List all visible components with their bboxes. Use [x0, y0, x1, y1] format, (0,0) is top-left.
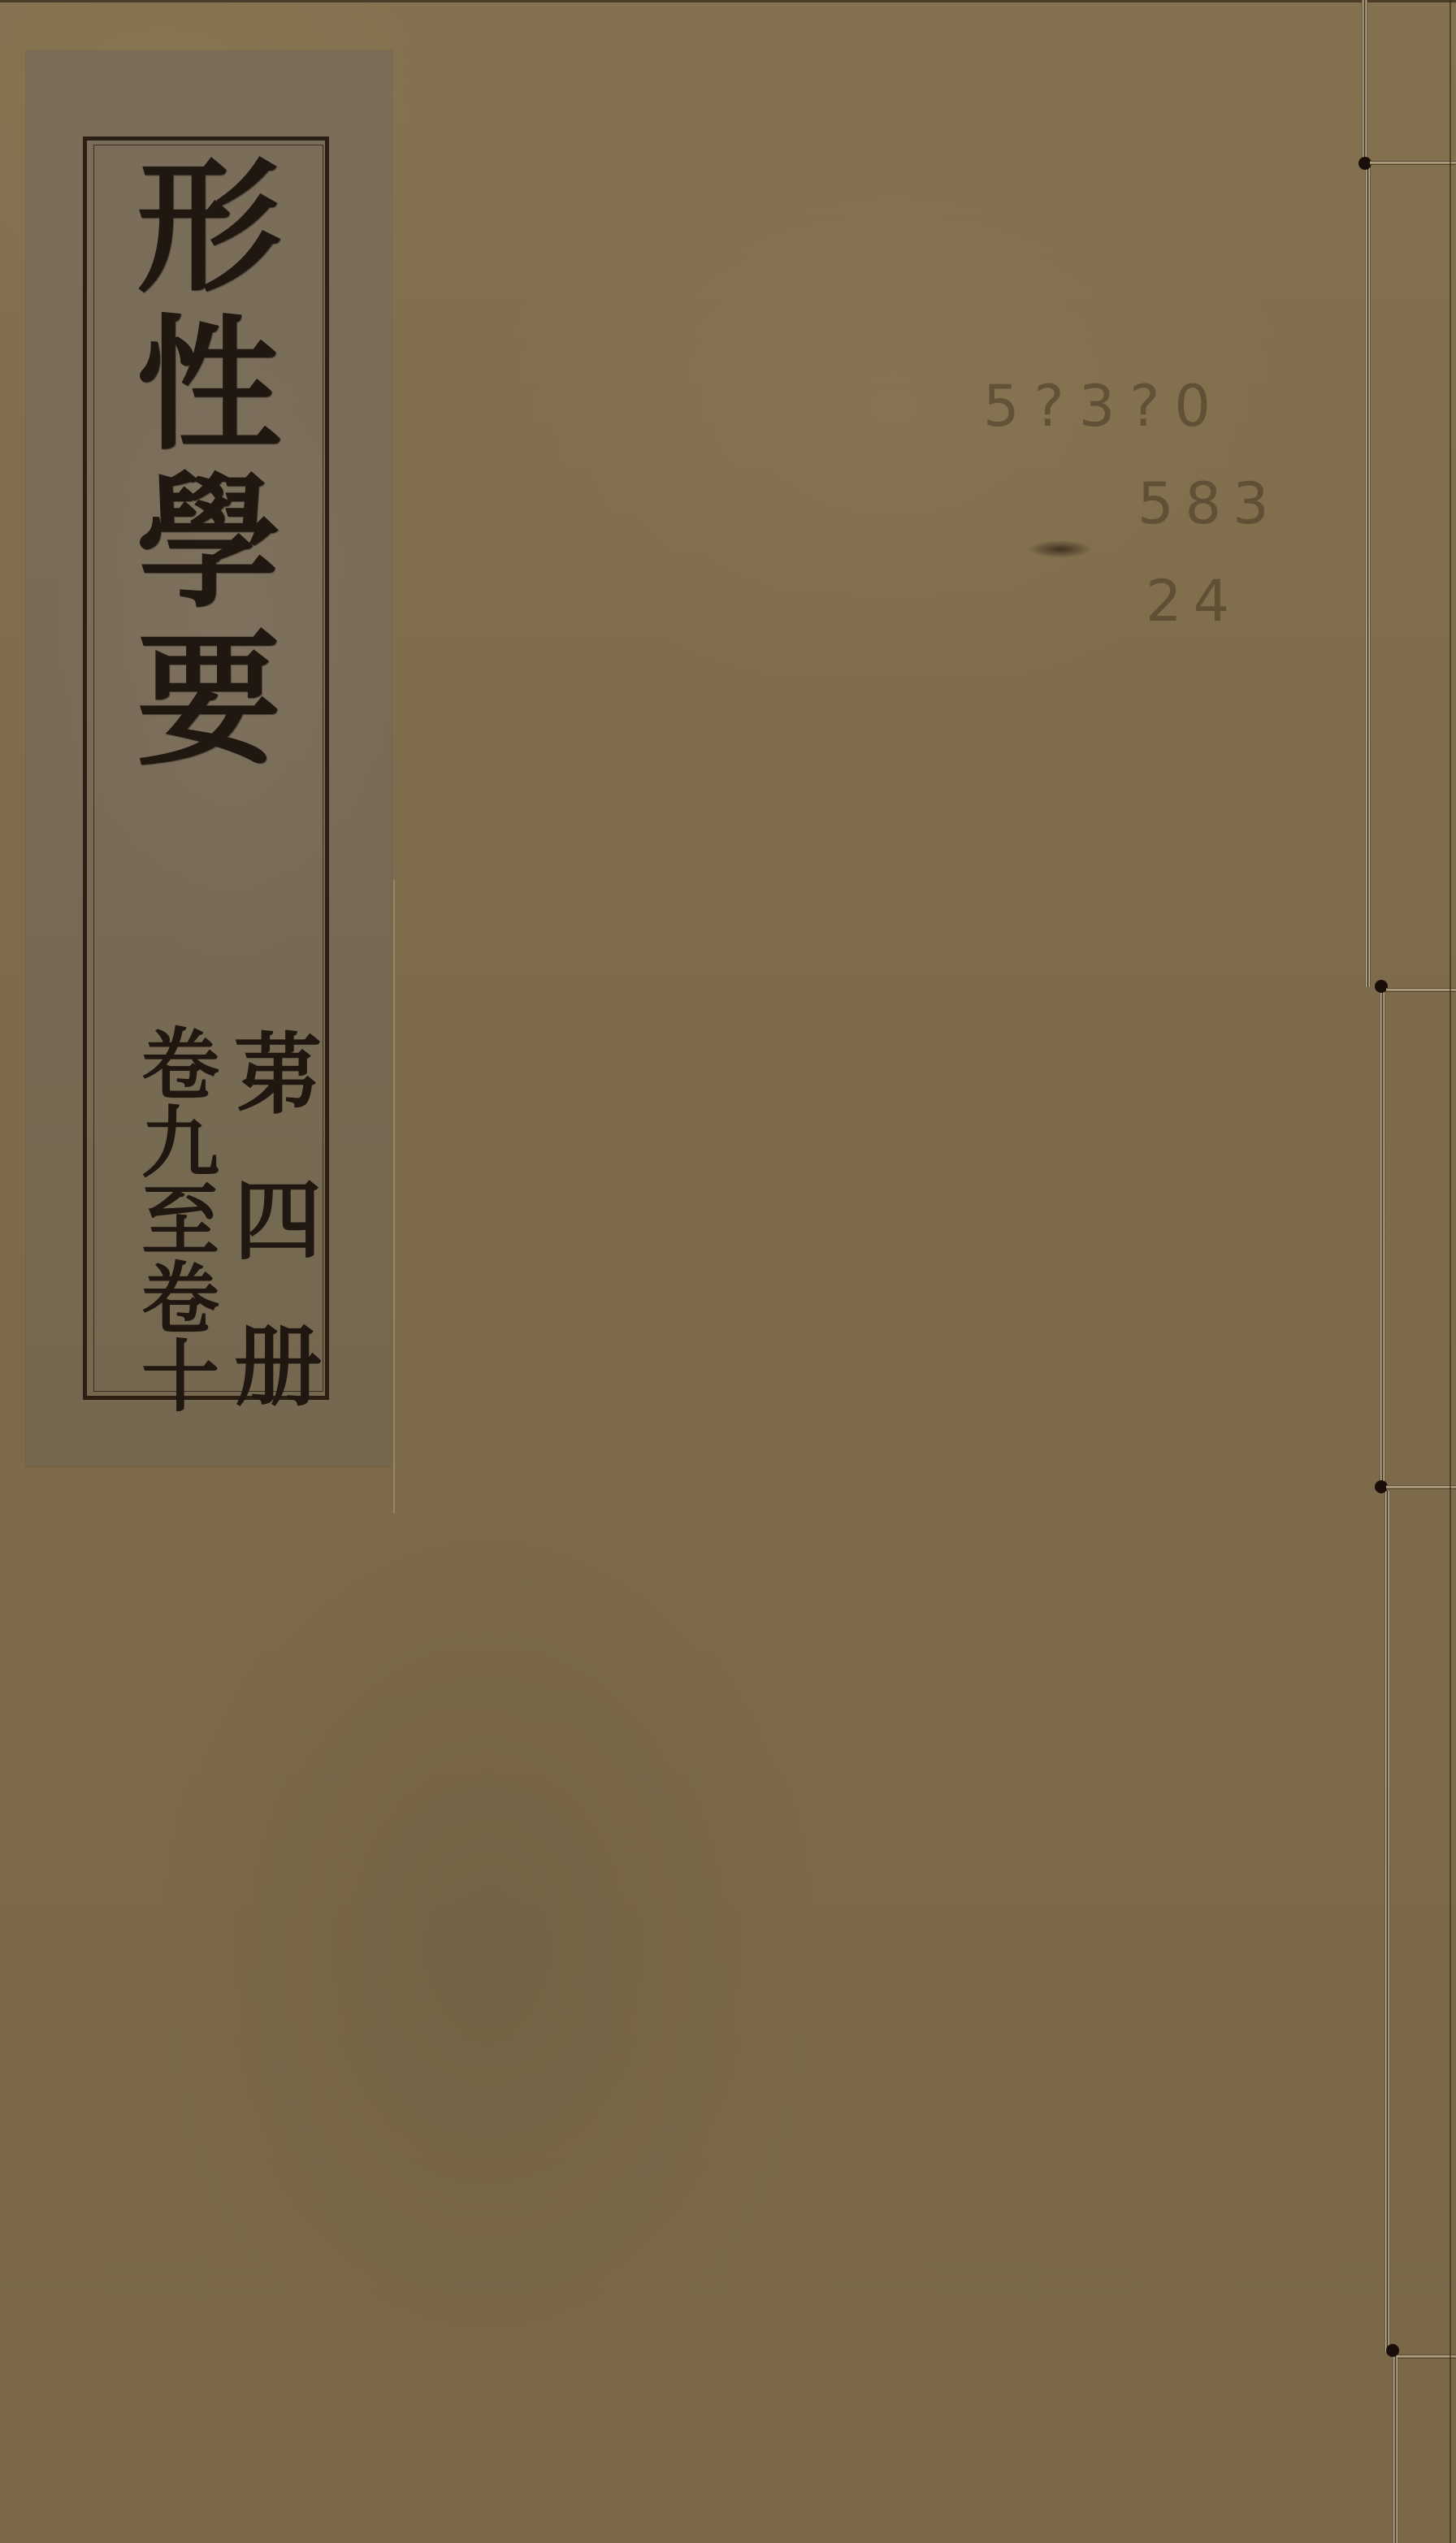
binding-thread — [1362, 0, 1367, 167]
title-char: 要 — [119, 622, 298, 779]
binding-thread — [1384, 1491, 1390, 2352]
cross-thread — [1386, 1485, 1456, 1489]
pencil-line: 583 — [983, 455, 1292, 552]
binding-thread — [1380, 987, 1385, 1491]
chapter-char: 十 — [141, 1338, 219, 1416]
volume-char: 册 — [234, 1294, 322, 1440]
pencil-line: 5?3?0 — [983, 357, 1292, 455]
volume-char: 四 — [234, 1148, 322, 1294]
title-slip-label: 形 性 學 要 苐 四 册 卷 九 至 卷 十 — [26, 51, 392, 1466]
pencil-line: 24 — [983, 552, 1292, 650]
volume-char: 苐 — [234, 1002, 322, 1148]
title-char: 學 — [119, 464, 298, 622]
chapter-char: 至 — [141, 1182, 219, 1260]
volume-number: 苐 四 册 — [229, 1002, 327, 1440]
chapter-char: 卷 — [141, 1260, 219, 1338]
binding-thread — [1393, 2352, 1398, 2543]
label-torn-edge — [388, 880, 395, 1514]
cross-thread — [1386, 988, 1456, 992]
book-title: 形 性 學 要 — [119, 149, 298, 779]
pencil-shelf-marks: 5?3?0 583 24 — [983, 357, 1292, 650]
cross-thread — [1370, 161, 1456, 165]
binding-thread — [1365, 167, 1371, 987]
page-edge — [1449, 0, 1451, 2543]
chapter-char: 卷 — [141, 1026, 219, 1104]
ink-smudge — [1028, 540, 1093, 558]
title-char: 形 — [119, 149, 298, 306]
title-char: 性 — [119, 306, 298, 464]
chapter-char: 九 — [141, 1104, 219, 1182]
chapter-range: 卷 九 至 卷 十 — [132, 1026, 229, 1416]
top-edge — [0, 0, 1456, 2]
cross-thread — [1397, 2355, 1456, 2359]
